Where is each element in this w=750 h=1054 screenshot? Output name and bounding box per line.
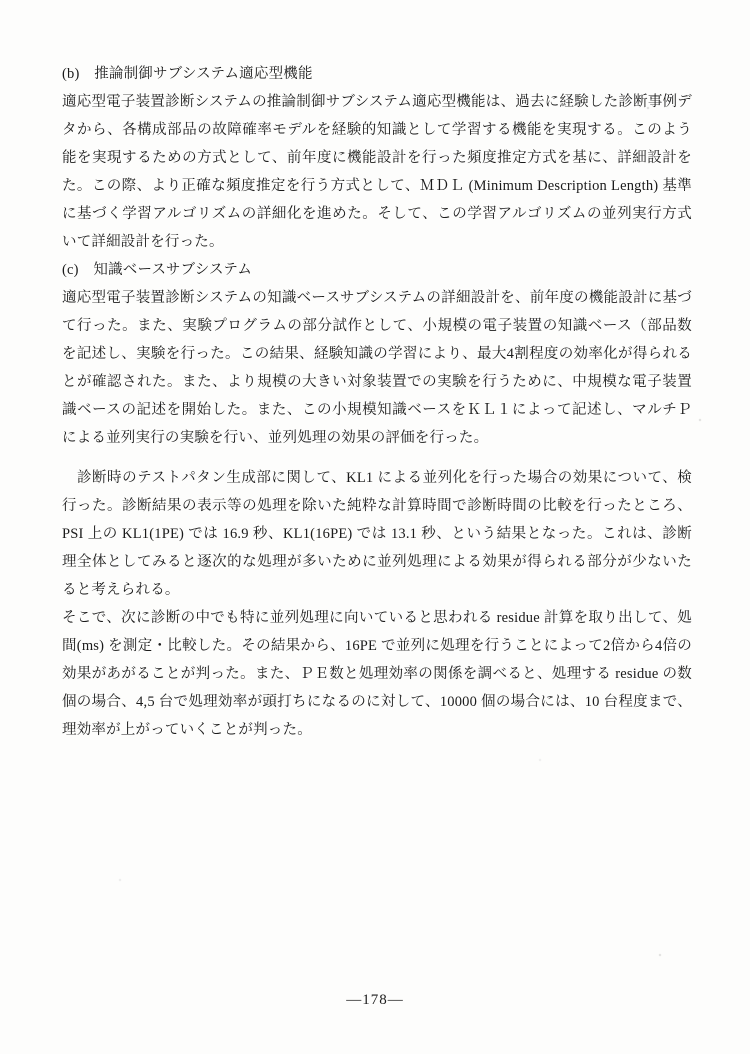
section-b-heading: (b) 推論制御サブシステム適応型機能	[62, 60, 692, 88]
body-line: 識ベースの記述を開始した。また、この小規模知識ベースをＫＬ１によって記述し、マル…	[62, 396, 692, 424]
body-line: 理効率が上がっていくことが判った。	[62, 716, 692, 744]
document-text-block: (b) 推論制御サブシステム適応型機能 適応型電子装置診断システムの推論制御サブ…	[62, 60, 692, 744]
body-line: 個の場合、4,5 台で処理効率が頭打ちになるのに対して、10000 個の場合には…	[62, 688, 692, 716]
body-line: を記述し、実験を行った。この結果、経験知識の学習により、最大4割程度の効率化が得…	[62, 340, 692, 368]
body-line: た。この際、より正確な頻度推定を行う方式として、ＭＤＬ (Minimum Des…	[62, 172, 692, 200]
body-line: ると考えられる。	[62, 576, 692, 604]
body-line: そこで、次に診断の中でも特に並列処理に向いていると思われる residue 計算…	[62, 604, 692, 632]
body-line: 適応型電子装置診断システムの推論制御サブシステム適応型機能は、過去に経験した診断…	[62, 88, 692, 116]
body-line: に基づく学習アルゴリズムの詳細化を進めた。そして、この学習アルゴリズムの並列実行…	[62, 200, 692, 228]
body-line: て行った。また、実験プログラムの部分試作として、小規模の電子装置の知識ベース（部…	[62, 312, 692, 340]
body-line: 行った。診断結果の表示等の処理を除いた純粋な計算時間で診断時間の比較を行ったとこ…	[62, 492, 692, 520]
body-line: タから、各構成部品の故障確率モデルを経験的知識として学習する機能を実現する。この…	[62, 116, 692, 144]
body-line: 能を実現するための方式として、前年度に機能設計を行った頻度推定方式を基に、詳細設…	[62, 144, 692, 172]
body-line: とが確認された。また、より規模の大きい対象装置での実験を行うために、中規模な電子…	[62, 368, 692, 396]
body-line: PSI 上の KL1(1PE) では 16.9 秒、KL1(16PE) では 1…	[62, 520, 692, 548]
body-line: 適応型電子装置診断システムの知識ベースサブシステムの詳細設計を、前年度の機能設計…	[62, 284, 692, 312]
body-line: 診断時のテストパタン生成部に関して、KL1 による並列化を行った場合の効果につい…	[62, 464, 692, 492]
section-c-heading: (c) 知識ベースサブシステム	[62, 256, 692, 284]
scanned-document-page: (b) 推論制御サブシステム適応型機能 適応型電子装置診断システムの推論制御サブ…	[0, 0, 750, 1054]
body-line: 間(ms) を測定・比較した。その結果から、16PE で並列に処理を行うことによ…	[62, 632, 692, 660]
body-line: による並列実行の実験を行い、並列処理の効果の評価を行った。	[62, 424, 692, 452]
body-line: 理全体としてみると逐次的な処理が多いために並列処理による効果が得られる部分が少な…	[62, 548, 692, 576]
body-line: 効果があがることが判った。また、ＰＥ数と処理効率の関係を調べると、処理する re…	[62, 660, 692, 688]
body-line: いて詳細設計を行った。	[62, 228, 692, 256]
page-number: —178—	[0, 992, 750, 1009]
